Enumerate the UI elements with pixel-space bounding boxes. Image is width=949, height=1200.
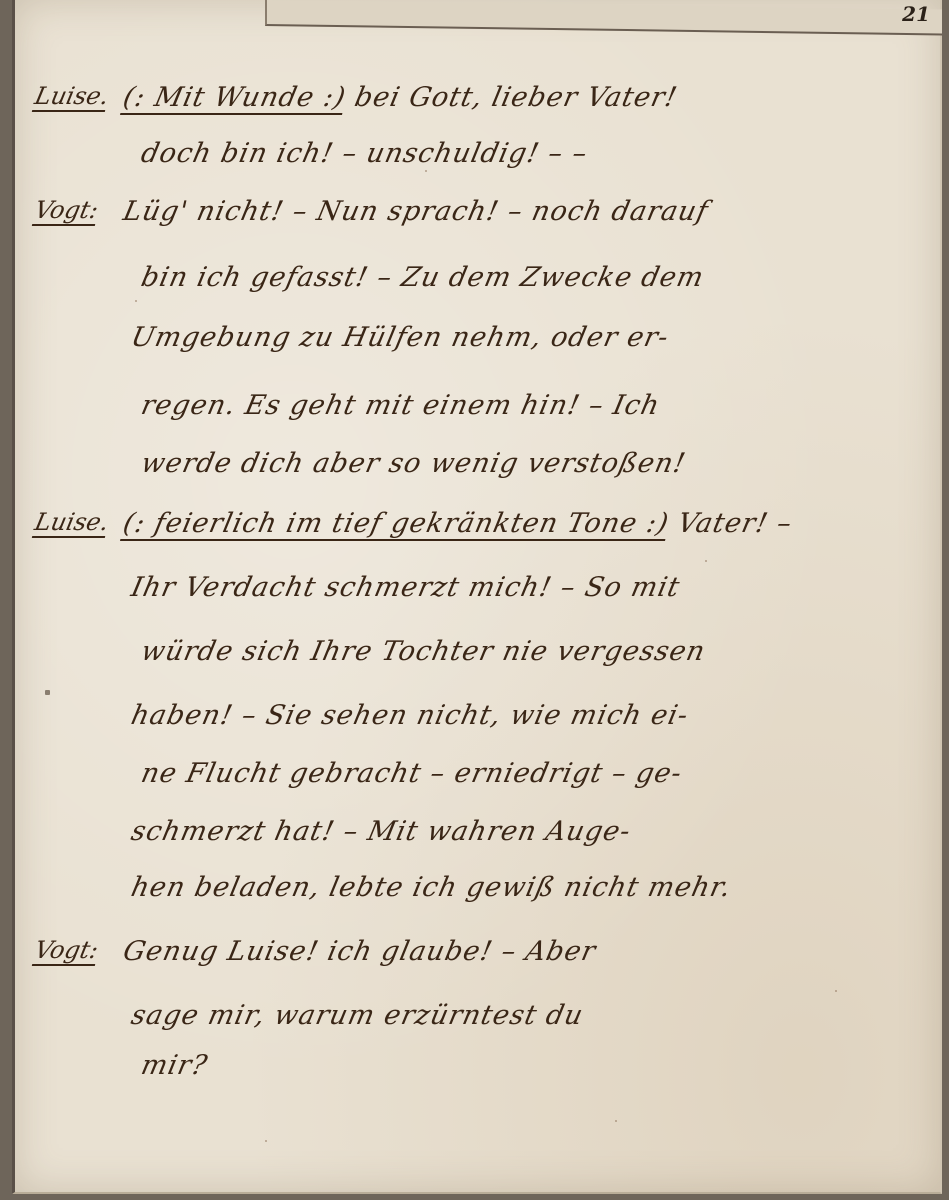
paper-speck <box>615 1120 617 1122</box>
page-number: 21 <box>902 2 930 26</box>
speaker-label: Luise. <box>32 508 112 538</box>
paper-speck <box>835 990 837 992</box>
line-body: Vater! – <box>675 508 795 539</box>
line-body: mir? <box>138 1050 210 1081</box>
line-body: bei Gott, lieber Vater! <box>352 82 680 113</box>
line-body: Ihr Verdacht schmerzt mich! – So mit <box>128 572 683 603</box>
paper-speck <box>705 560 707 562</box>
line-body: bin ich gefasst! – Zu dem Zwecke dem <box>138 262 707 293</box>
line-body: Lüg' nicht! – Nun sprach! – noch darauf <box>120 196 711 227</box>
line-body: schmerzt hat! – Mit wahren Auge- <box>128 816 633 847</box>
speaker-label: Vogt: <box>32 936 101 966</box>
line-body: sage mir, warum erzürntest du <box>128 1000 586 1031</box>
line-body: hen beladen, lebte ich gewiß nicht mehr. <box>128 872 734 903</box>
line-body: doch bin ich! – unschuldig! – – <box>138 138 590 169</box>
line-text: (: Mit Wunde :) bei Gott, lieber Vater! <box>120 82 680 113</box>
line-body: regen. Es geht mit einem hin! – Ich <box>138 390 662 421</box>
line-body: haben! – Sie sehen nicht, wie mich ei- <box>128 700 691 731</box>
speaker-label: Luise. <box>32 82 112 112</box>
manuscript-page: 21 Luise. (: Mit Wunde :) bei Gott, lieb… <box>12 0 942 1194</box>
ink-blot <box>45 690 50 695</box>
paper-speck <box>265 1140 267 1142</box>
line-body: Genug Luise! ich glaube! – Aber <box>120 936 599 967</box>
paper-speck <box>425 170 427 172</box>
stage-direction: (: feierlich im tief gekränkten Tone :) <box>120 508 672 541</box>
line-text: (: feierlich im tief gekränkten Tone :) … <box>120 508 795 539</box>
stage-direction: (: Mit Wunde :) <box>120 82 349 115</box>
paper-speck <box>135 300 137 302</box>
line-body: ne Flucht gebracht – erniedrigt – ge- <box>138 758 685 789</box>
folded-paper-edge <box>265 0 942 35</box>
line-body: werde dich aber so wenig verstoßen! <box>138 448 688 479</box>
speaker-label: Vogt: <box>32 196 101 226</box>
line-body: würde sich Ihre Tochter nie vergessen <box>138 636 708 667</box>
line-body: Umgebung zu Hülfen nehm, oder er- <box>128 322 671 353</box>
